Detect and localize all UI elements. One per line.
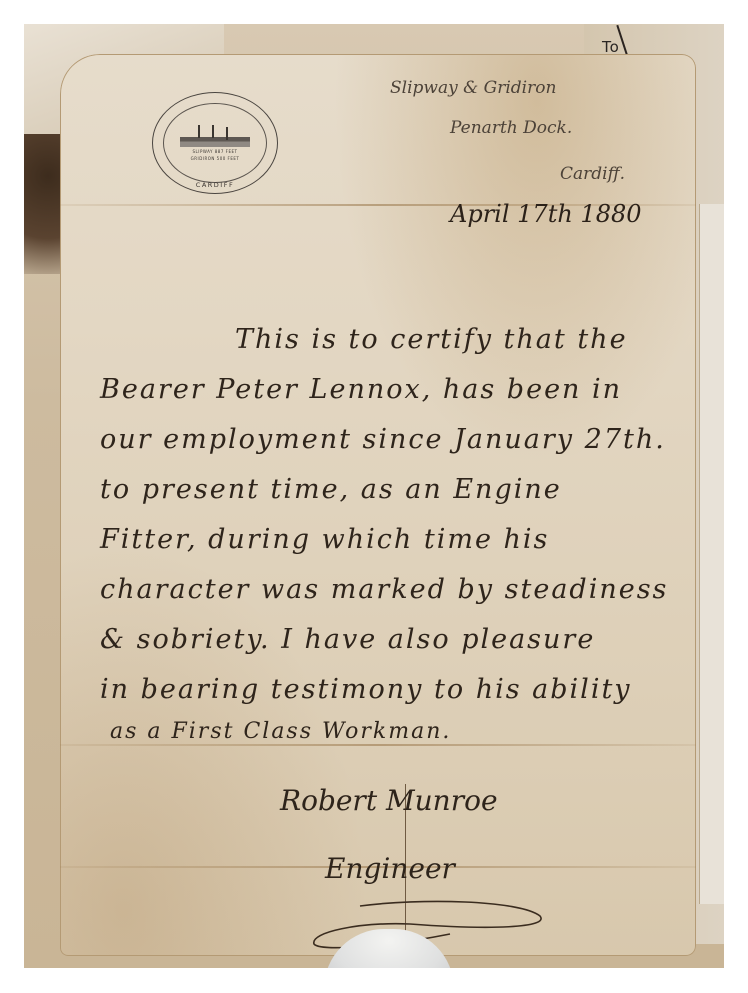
letterhead-line3: Cardiff. — [560, 164, 625, 184]
letterhead-line2: Penarth Dock. — [450, 118, 572, 138]
body-line-8: in bearing testimony to his ability — [100, 674, 632, 705]
body-line-9: as a First Class Workman. — [110, 719, 451, 744]
document-photo: To SLIPWAY 887 FEET GRIDIRON 500 FEET CA… — [24, 24, 724, 968]
company-seal: SLIPWAY 887 FEET GRIDIRON 500 FEET CARDI… — [152, 92, 278, 194]
ship-icon — [180, 125, 250, 147]
underlying-sheet-edge — [699, 204, 724, 904]
body-line-1: This is to certify that the — [235, 324, 628, 355]
body-line-2: Bearer Peter Lennox, has been in — [100, 374, 622, 405]
letterhead-line1: Slipway & Gridiron — [390, 78, 556, 98]
body-line-3: our employment since January 27th. — [100, 424, 666, 455]
signature-title: Engineer — [325, 852, 455, 885]
signature-name: Robert Munroe — [280, 784, 498, 817]
body-line-5: Fitter, during which time his — [100, 524, 549, 555]
letter-date: April 17th 1880 — [450, 200, 642, 228]
body-line-7: & sobriety. I have also pleasure — [100, 624, 595, 655]
seal-inner-ring: SLIPWAY 887 FEET GRIDIRON 500 FEET — [163, 103, 267, 183]
fold-line — [60, 744, 696, 746]
seal-text-slipway: SLIPWAY 887 FEET — [193, 149, 238, 154]
body-line-6: character was marked by steadiness — [100, 574, 668, 605]
seal-text-gridiron: GRIDIRON 500 FEET — [191, 156, 240, 161]
seal-city: CARDIFF — [196, 181, 234, 189]
body-line-4: to present time, as an Engine — [100, 474, 562, 505]
letter-sheet: SLIPWAY 887 FEET GRIDIRON 500 FEET CARDI… — [60, 54, 696, 956]
